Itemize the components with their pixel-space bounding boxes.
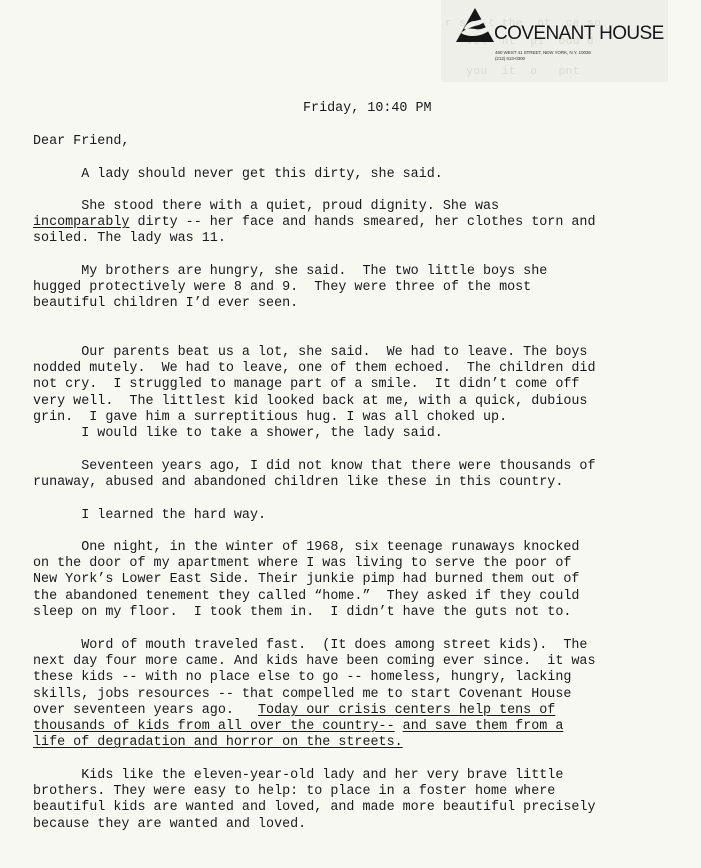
text-line: brothers. They were easy to help: to pla… bbox=[33, 784, 693, 800]
text-line: hugged protectively were 8 and 9. They w… bbox=[33, 280, 693, 296]
text-line: not cry. I struggled to manage part of a… bbox=[33, 377, 693, 393]
text-line: I would like to take a shower, the lady … bbox=[33, 426, 693, 442]
text-line: I learned the hard way. bbox=[33, 508, 693, 524]
text-line: Kids like the eleven-year-old lady and h… bbox=[33, 768, 693, 784]
text-segment: dirty -- her face and hands smeared, her… bbox=[129, 215, 595, 230]
text-line: A lady should never get this dirty, she … bbox=[33, 167, 693, 183]
text-line: nodded mutely. We had to leave, one of t… bbox=[33, 361, 693, 377]
text-line: these kids -- with no place else to go -… bbox=[33, 670, 693, 686]
phone-line: (212) 613-0300 bbox=[495, 56, 591, 62]
paragraph: My brothers are hungry, she said. The tw… bbox=[33, 264, 693, 313]
paragraph: One night, in the winter of 1968, six te… bbox=[33, 540, 693, 621]
underlined-emphasis: and save them from a bbox=[403, 719, 564, 734]
organization-name: COVENANT HOUSE bbox=[494, 23, 664, 45]
paragraph: She stood there with a quiet, proud dign… bbox=[33, 199, 693, 248]
paragraph: Seventeen years ago, I did not know that… bbox=[33, 459, 693, 491]
paragraph: I would like to take a shower, the lady … bbox=[33, 426, 693, 442]
text-line: One night, in the winter of 1968, six te… bbox=[33, 540, 693, 556]
dateline: Friday, 10:40 PM bbox=[303, 101, 432, 116]
paragraph: A lady should never get this dirty, she … bbox=[33, 167, 693, 183]
underlined-emphasis: Today our crisis centers help tens of bbox=[258, 703, 555, 718]
text-line: Word of mouth traveled fast. (It does am… bbox=[33, 638, 693, 654]
text-line: New York’s Lower East Side. Their junkie… bbox=[33, 572, 693, 588]
text-line: Seventeen years ago, I did not know that… bbox=[33, 459, 693, 475]
text-line: soiled. The lady was 11. bbox=[33, 231, 693, 247]
text-line: next day four more came. And kids have b… bbox=[33, 654, 693, 670]
underlined-emphasis: thousands of kids from all over the coun… bbox=[33, 719, 395, 734]
underlined-emphasis: life of degradation and horror on the st… bbox=[33, 735, 403, 750]
text-line: because they are wanted and loved. bbox=[33, 817, 693, 833]
bleed-through-text: you it o pnt bbox=[445, 66, 580, 78]
text-line: the abandoned tenement they called “home… bbox=[33, 589, 693, 605]
covenant-house-logo-icon bbox=[455, 7, 495, 43]
text-segment bbox=[395, 719, 403, 734]
text-line: grin. I gave him a surreptitious hug. I … bbox=[33, 410, 693, 426]
salutation: Dear Friend, bbox=[33, 134, 129, 149]
text-line: sleep on my floor. I took them in. I did… bbox=[33, 605, 693, 621]
text-line: Our parents beat us a lot, she said. We … bbox=[33, 345, 693, 361]
paragraph: Our parents beat us a lot, she said. We … bbox=[33, 345, 693, 426]
text-line: runaway, abused and abandoned children l… bbox=[33, 475, 693, 491]
text-line: She stood there with a quiet, proud dign… bbox=[33, 199, 693, 215]
letterhead: r s at the ot ce so vel nt pi odd d you … bbox=[441, 0, 668, 82]
paragraph: Word of mouth traveled fast. (It does am… bbox=[33, 638, 693, 751]
text-line: life of degradation and horror on the st… bbox=[33, 735, 693, 751]
underlined-emphasis: incomparably bbox=[33, 215, 129, 230]
text-line: beautiful children I’d ever seen. bbox=[33, 296, 693, 312]
text-segment: over seventeen years ago. bbox=[33, 703, 258, 718]
text-line: My brothers are hungry, she said. The tw… bbox=[33, 264, 693, 280]
paragraph: I learned the hard way. bbox=[33, 508, 693, 524]
text-line: beautiful kids are wanted and loved, and… bbox=[33, 800, 693, 816]
organization-address: 460 WEST 41 STREET, NEW YORK, N.Y. 10036… bbox=[495, 50, 591, 62]
text-line: incomparably dirty -- her face and hands… bbox=[33, 215, 693, 231]
text-line: skills, jobs resources -- that compelled… bbox=[33, 687, 693, 703]
text-line: over seventeen years ago. Today our cris… bbox=[33, 703, 693, 719]
text-line: thousands of kids from all over the coun… bbox=[33, 719, 693, 735]
text-line: on the door of my apartment where I was … bbox=[33, 556, 693, 572]
text-line: very well. The littlest kid looked back … bbox=[33, 394, 693, 410]
paragraph: Kids like the eleven-year-old lady and h… bbox=[33, 768, 693, 833]
